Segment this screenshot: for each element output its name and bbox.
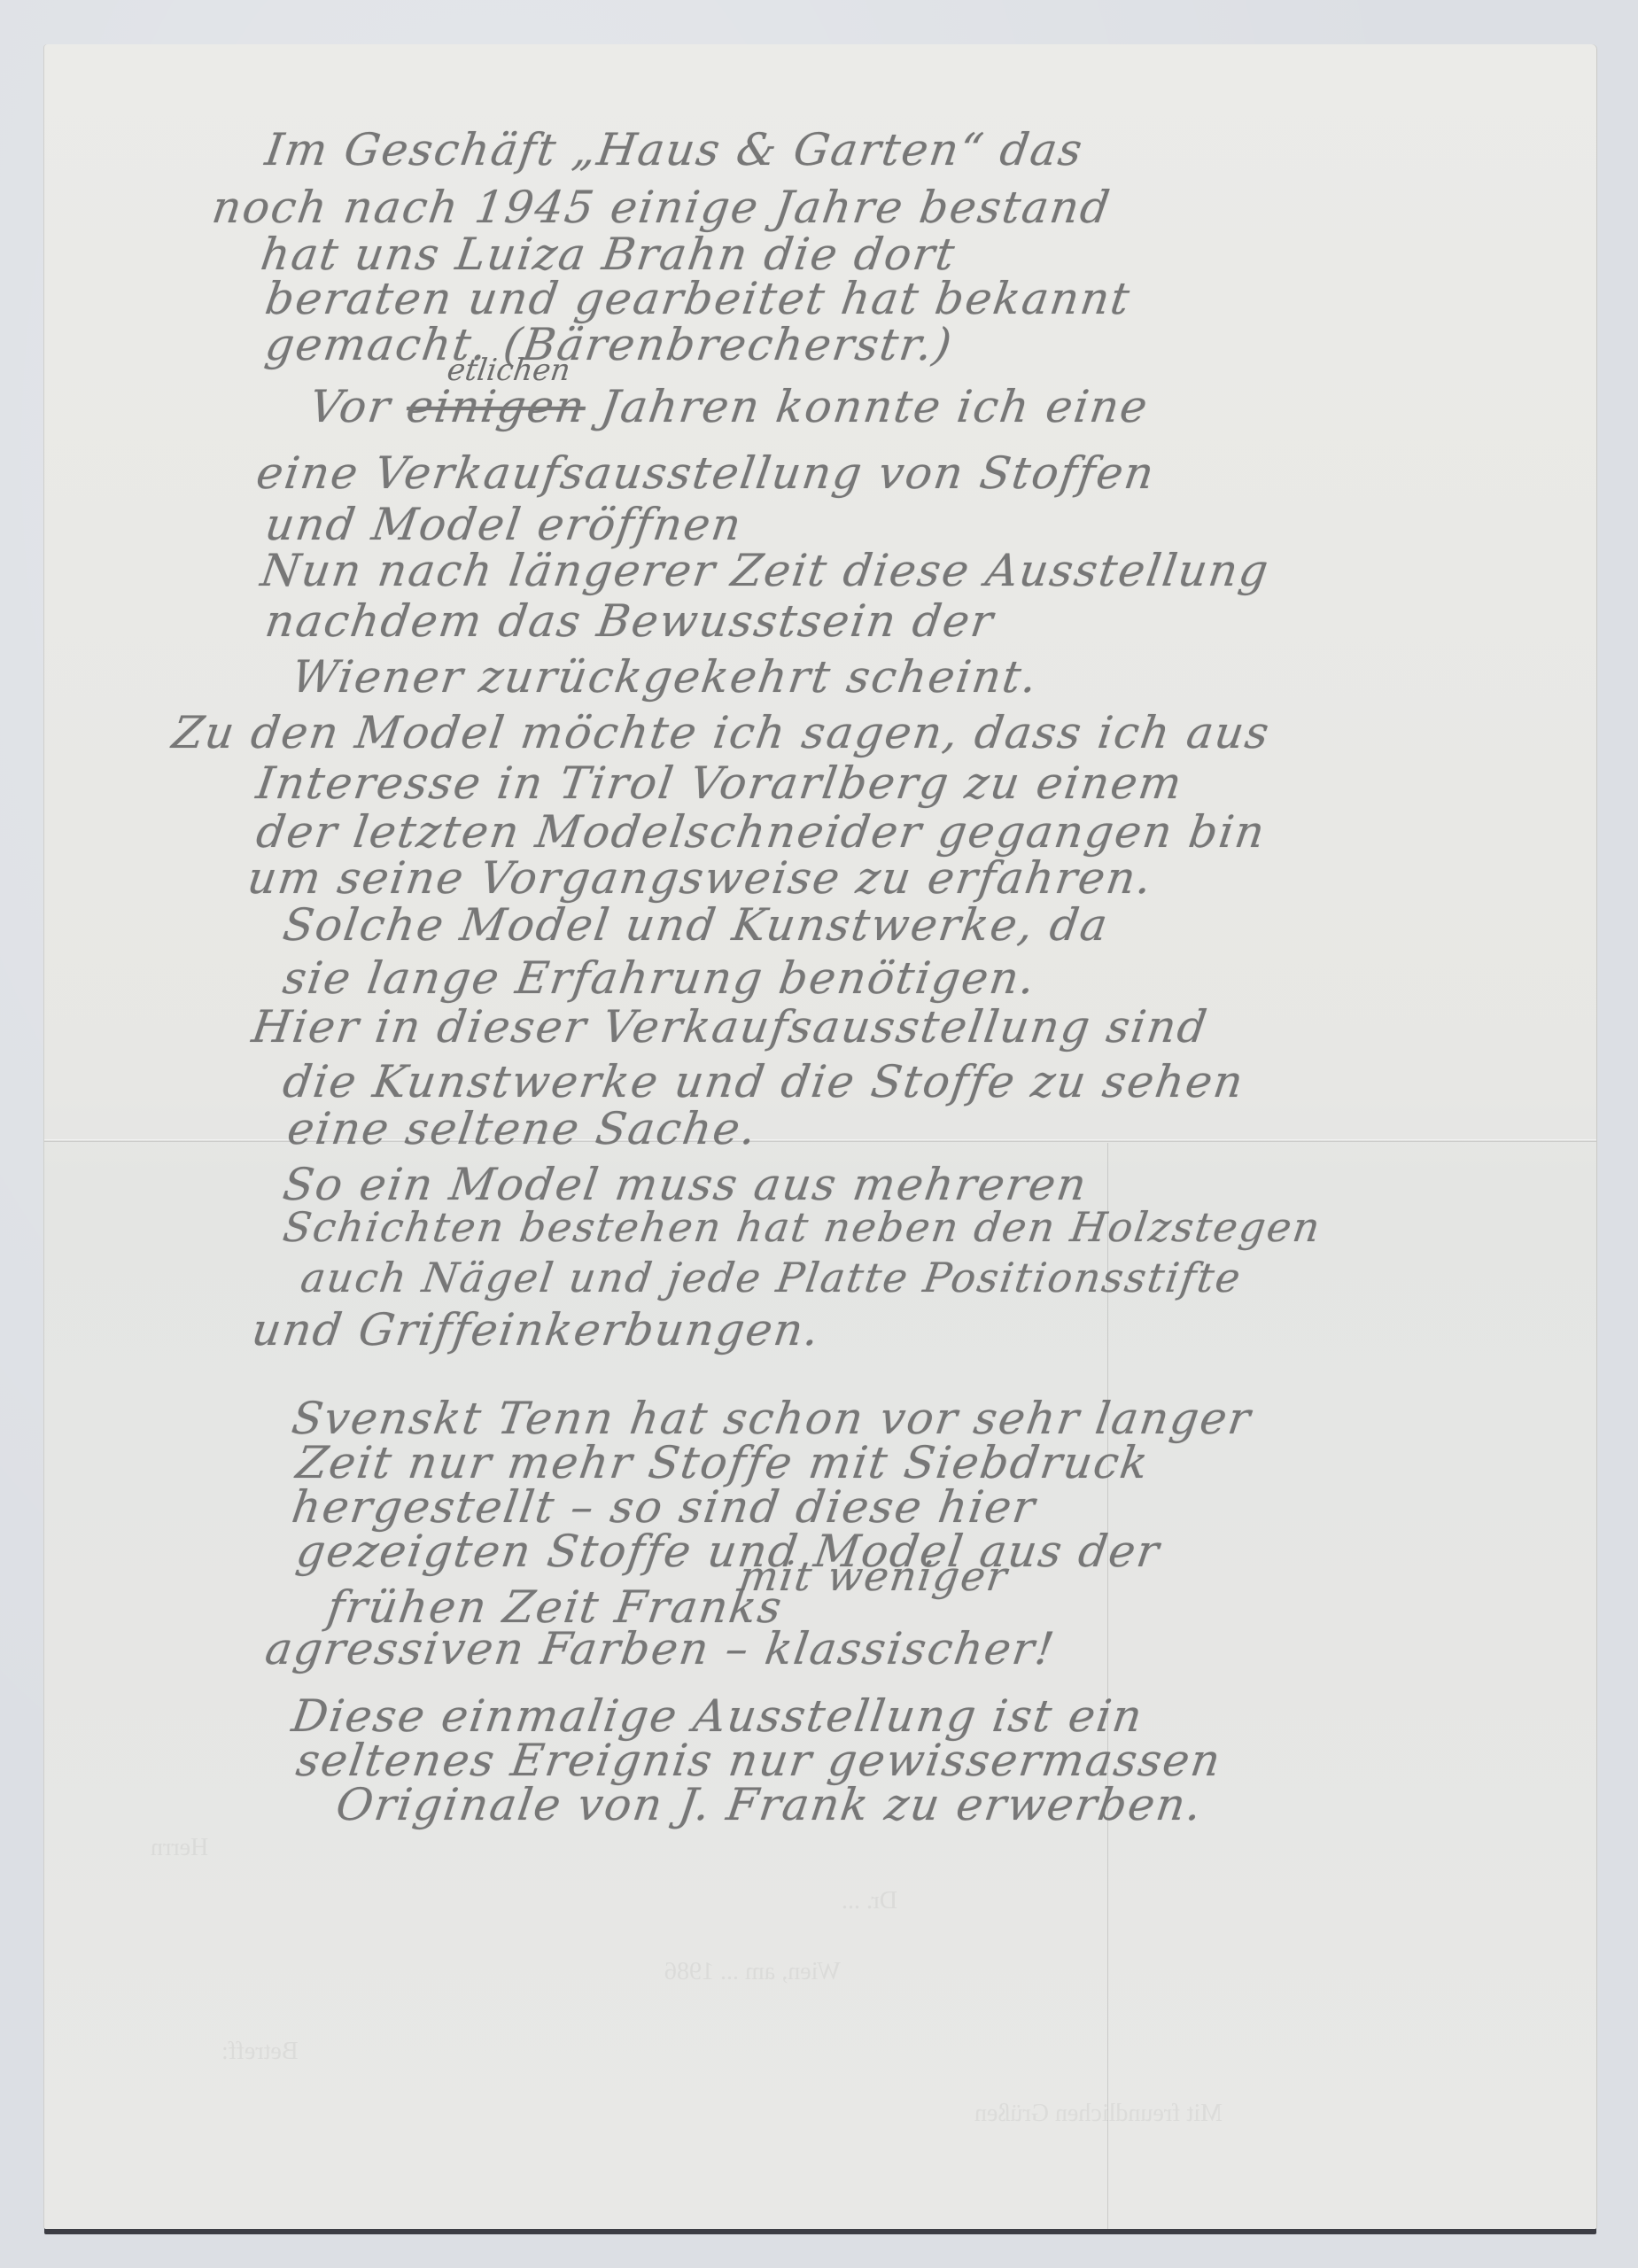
show-through-text: Herrn bbox=[151, 1834, 208, 1862]
handwritten-line-16: Solche Model und Kunstwerke, da bbox=[280, 899, 1112, 951]
handwritten-line-17: sie lange Erfahrung benötigen. bbox=[280, 952, 1040, 1004]
handwritten-line-28: gezeigten Stoffe und Model aus der bbox=[293, 1526, 1164, 1577]
handwritten-line-33: Originale von J. Frank zu erwerben. bbox=[333, 1779, 1207, 1830]
show-through-text: Mit freundlichen Grüßen bbox=[974, 2100, 1223, 2128]
handwritten-line-13: Interesse in Tirol Vorarlberg zu einem bbox=[253, 757, 1186, 809]
handwritten-line-22: Schichten bestehen hat neben den Holzste… bbox=[280, 1203, 1324, 1251]
handwritten-line-10: nachdem das Bewusstsein der bbox=[262, 595, 998, 647]
show-through-text: Wien, am ... 1986 bbox=[664, 1958, 841, 1986]
handwritten-line-12: Zu den Model möchte ich sagen, dass ich … bbox=[169, 707, 1274, 758]
inserted-phrase: mit weniger bbox=[736, 1552, 1012, 1600]
handwritten-line-1: Im Geschäft „Haus & Garten“ das bbox=[262, 124, 1087, 175]
show-through-text: Dr. ... bbox=[842, 1887, 897, 1915]
inserted-correction: etlichen bbox=[445, 353, 572, 388]
handwritten-line-6: Vor einigen Jahren konnte ich eine bbox=[307, 381, 1153, 432]
horizontal-fold-crease bbox=[44, 1139, 1596, 1142]
line-6-start: Vor bbox=[307, 381, 395, 432]
line-6-rest: Jahren konnte ich eine bbox=[598, 381, 1153, 432]
handwritten-line-7: eine Verkaufsausstellung von Stoffen bbox=[253, 447, 1159, 499]
handwritten-line-2: noch nach 1945 einige Jahre bestand bbox=[209, 182, 1114, 233]
handwritten-line-23: auch Nägel und jede Platte Positionsstif… bbox=[298, 1254, 1245, 1301]
handwritten-line-20: eine seltene Sache. bbox=[284, 1103, 761, 1154]
handwritten-line-15: um seine Vorgangsweise zu erfahren. bbox=[245, 852, 1156, 904]
handwritten-line-18: Hier in dieser Verkaufsausstellung sind bbox=[249, 1001, 1211, 1052]
handwritten-line-14: der letzten Modelschneider gegangen bin bbox=[253, 806, 1269, 858]
handwritten-line-9: Nun nach längerer Zeit diese Ausstellung bbox=[258, 545, 1273, 596]
vertical-crease bbox=[1107, 1143, 1108, 2229]
struck-word: einigen bbox=[403, 381, 589, 432]
handwritten-line-8: und Model eröffnen bbox=[262, 499, 746, 550]
show-through-text: Betreff: bbox=[221, 2038, 299, 2066]
handwritten-line-4: beraten und gearbeitet hat bekannt bbox=[262, 273, 1134, 324]
letter-sheet: Herrn Dr. ... Wien, am ... 1986 Betreff:… bbox=[44, 44, 1596, 2229]
handwritten-line-19: die Kunstwerke und die Stoffe zu sehen bbox=[280, 1056, 1248, 1107]
handwritten-line-30: agressiven Farben – klassischer! bbox=[262, 1623, 1059, 1674]
handwritten-line-11: Wiener zurückgekehrt scheint. bbox=[289, 651, 1042, 703]
handwritten-line-24: und Griffeinkerbungen. bbox=[249, 1304, 824, 1355]
handwritten-line-5: gemacht. (Bärenbrecherstr.) bbox=[262, 319, 957, 370]
